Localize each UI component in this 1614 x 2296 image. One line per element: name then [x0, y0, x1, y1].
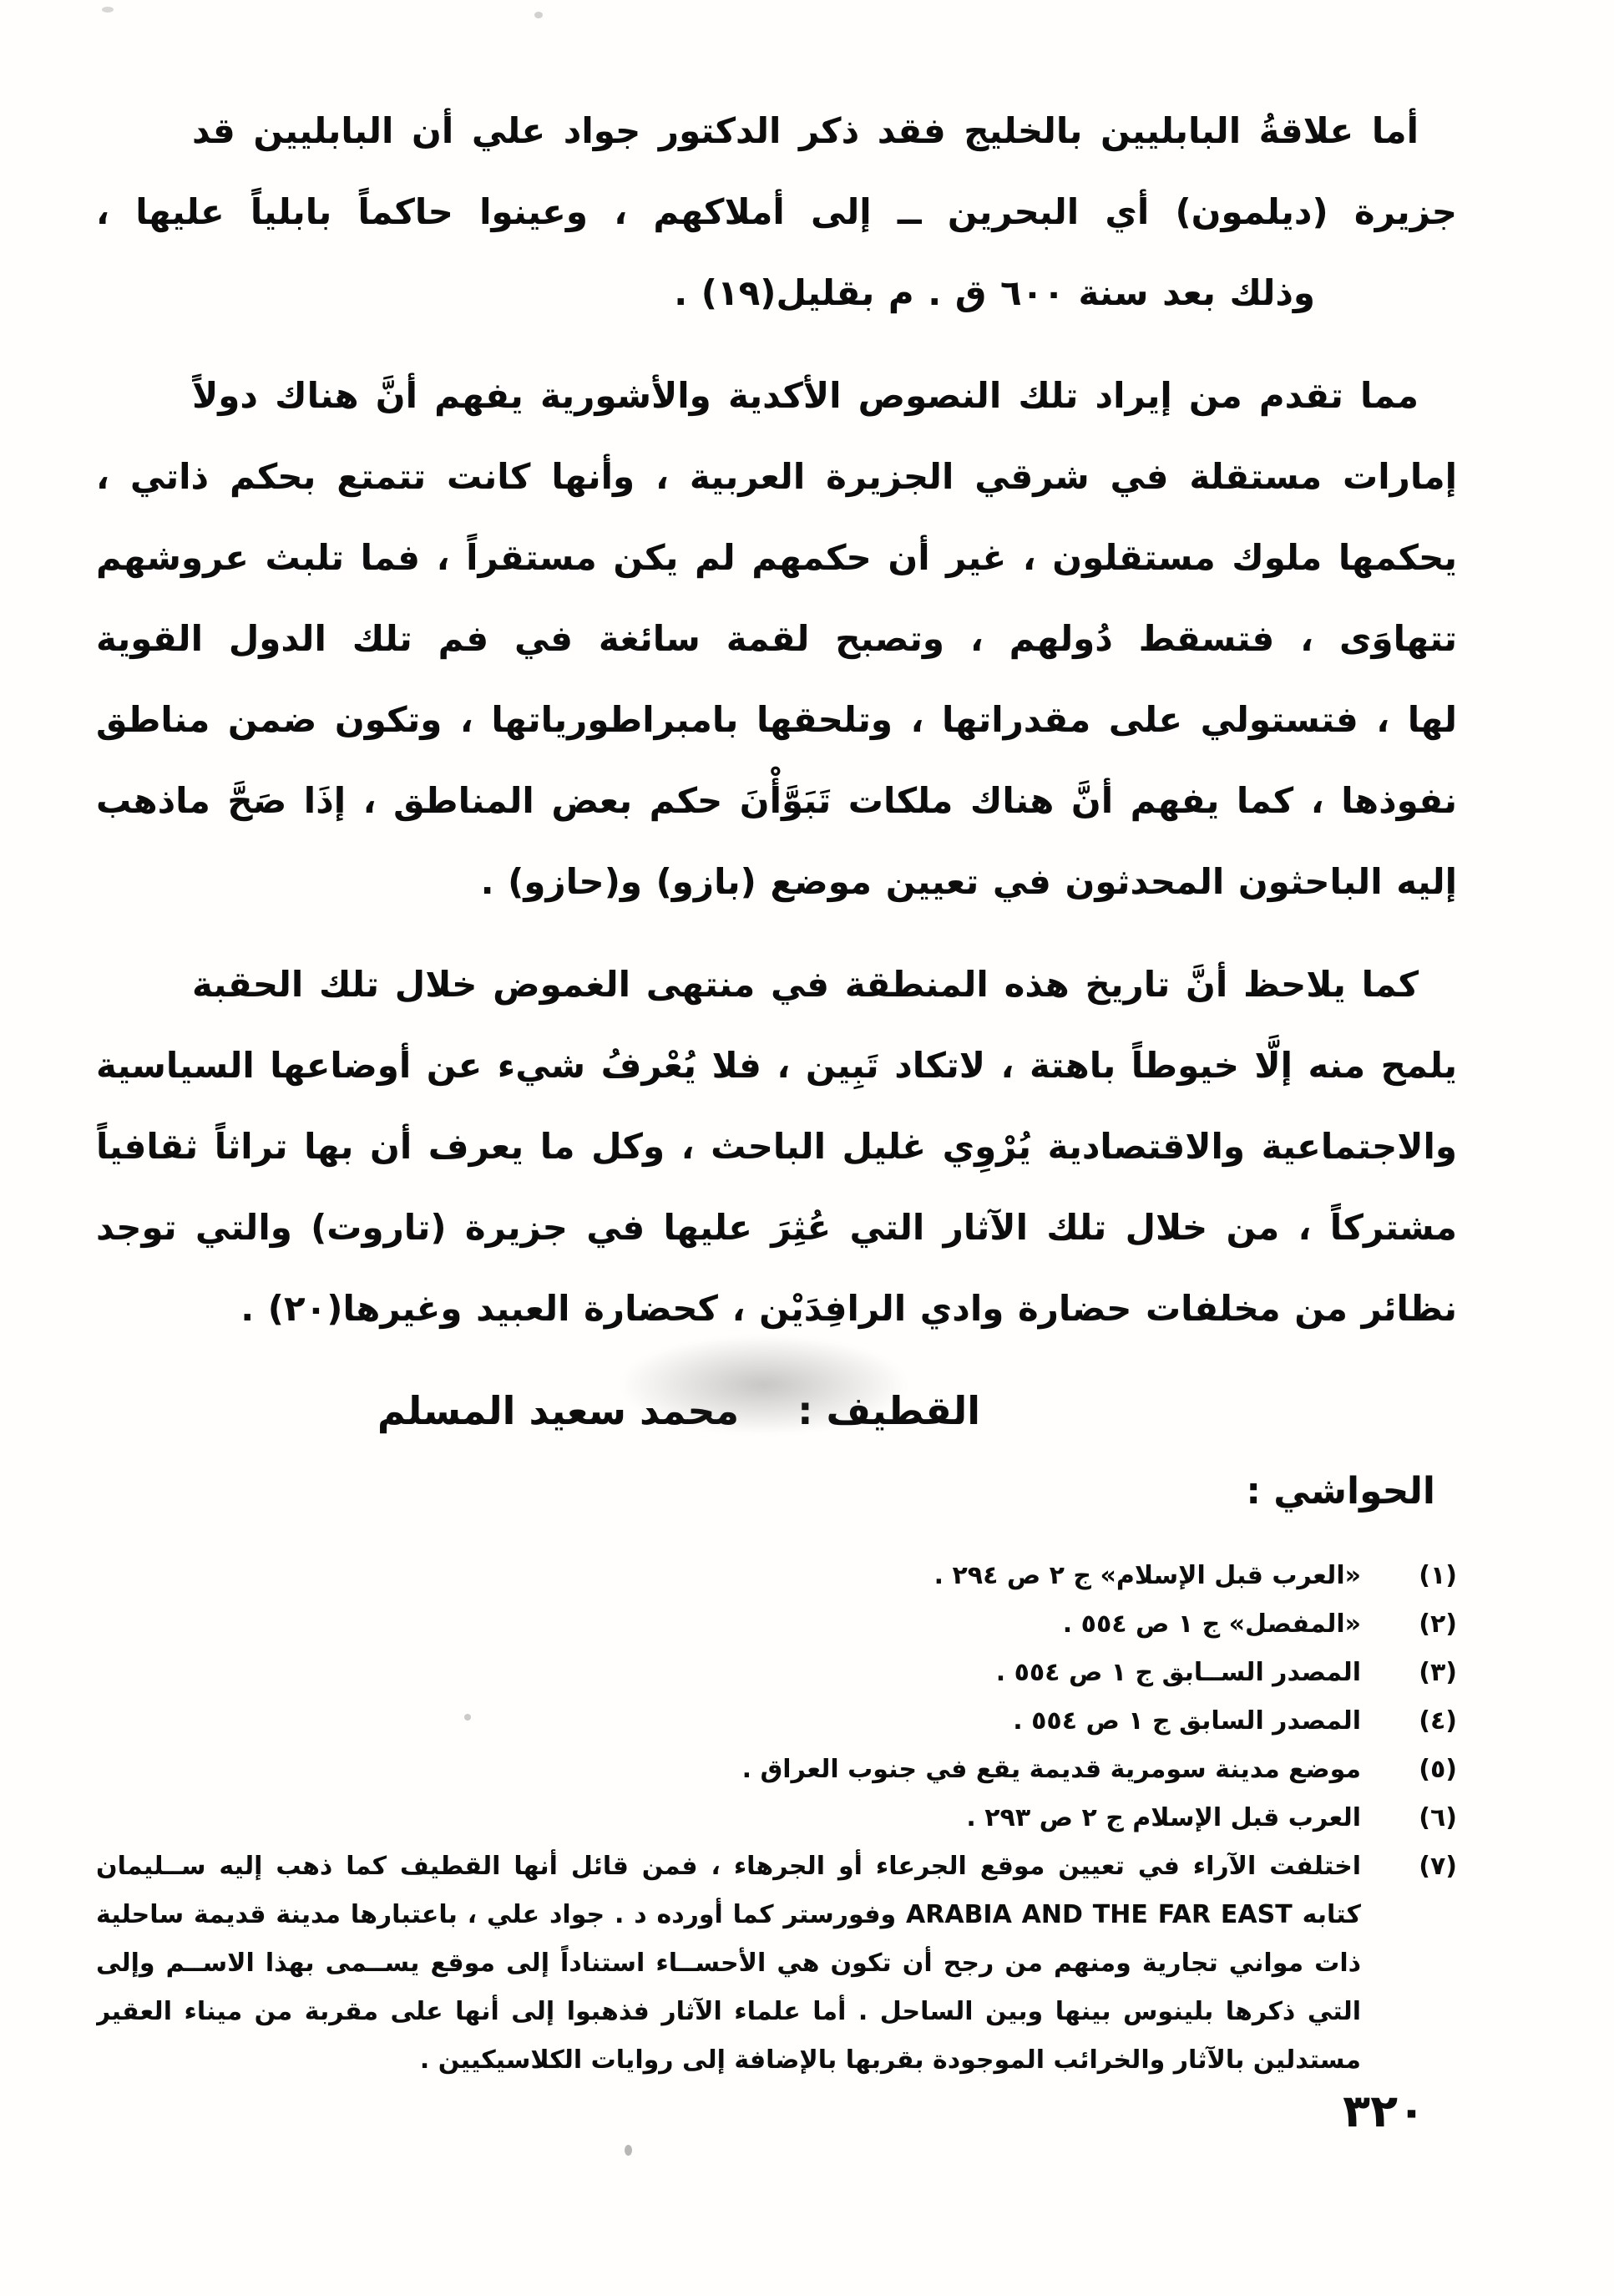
body-line: مشتركاً ، من خلال تلك الآثار التي عُثِرَ… [96, 1187, 1457, 1268]
body-line: إمارات مستقلة في شرقي الجزيرة العربية ، … [96, 436, 1457, 517]
footnote-line: مستدلين بالآثار والخرائب الموجودة بقربها… [96, 2036, 1361, 2085]
footnote-line: كتابه ARABIA AND THE FAR EAST وفورستر كم… [96, 1891, 1361, 1939]
footnote: (٦)العرب قبل الإسلام ج ٢ ص ٢٩٣ . [96, 1794, 1457, 1842]
scan-speck [625, 2145, 632, 2156]
footnote-line: موضع مدينة سومرية قديمة يقع في جنوب العر… [96, 1746, 1361, 1794]
body-line: والاجتماعية والاقتصادية يُرْوِي غليل الب… [96, 1106, 1457, 1187]
body-line: وذلك بعد سنة ٦٠٠ ق . م بقليل(١٩) . [96, 252, 1315, 333]
footnote-line: «العرب قبل الإسلام» ج ٢ ص ٢٩٤ . [96, 1552, 1361, 1600]
footnote: (٥)موضع مدينة سومرية قديمة يقع في جنوب ا… [96, 1746, 1457, 1794]
paragraph: مما تقدم من إيراد تلك النصوص الأكدية وال… [96, 355, 1457, 922]
paragraph: أما علاقةُ البابليين بالخليج فقد ذكر الد… [96, 90, 1457, 333]
footnotes-heading: الحواشي : [96, 1453, 1435, 1530]
article-body: أما علاقةُ البابليين بالخليج فقد ذكر الد… [96, 90, 1457, 2085]
body-line: يلمح منه إلَّا خيوطاً باهتة ، لاتكاد تَب… [96, 1025, 1457, 1106]
footnote: (٣)المصدر الســابق ج ١ ص ٥٥٤ . [96, 1649, 1457, 1697]
footnote: (١)«العرب قبل الإسلام» ج ٢ ص ٢٩٤ . [96, 1552, 1457, 1600]
footnote-number: (٧) [1361, 1842, 1457, 2085]
body-line: يحكمها ملوك مستقلون ، غير أن حكمهم لم يك… [96, 517, 1457, 598]
body-line: جزيرة (ديلمون) أي البحرين ــ إلى أملاكهم… [96, 171, 1457, 252]
footnote-number: (١) [1361, 1552, 1457, 1600]
footnote: (٧)اختلفت الآراء في تعيين موقع الجرعاء أ… [96, 1842, 1457, 2085]
document-page: أما علاقةُ البابليين بالخليج فقد ذكر الد… [0, 0, 1614, 2296]
scan-smudge [618, 1335, 910, 1435]
footnote-line: المصدر الســابق ج ١ ص ٥٥٤ . [96, 1649, 1361, 1697]
body-line: أما علاقةُ البابليين بالخليج فقد ذكر الد… [192, 90, 1457, 171]
page-number: ٣٢٠ [1343, 2085, 1425, 2137]
body-line: مما تقدم من إيراد تلك النصوص الأكدية وال… [192, 355, 1457, 436]
footnote-text: المصدر السابق ج ١ ص ٥٥٤ . [96, 1697, 1361, 1746]
footnote-number: (٦) [1361, 1794, 1457, 1842]
body-line: تتهاوَى ، فتسقط دُولهم ، وتصبح لقمة سائغ… [96, 598, 1457, 679]
footnote-line: المصدر السابق ج ١ ص ٥٥٤ . [96, 1697, 1361, 1746]
footnotes-list: (١)«العرب قبل الإسلام» ج ٢ ص ٢٩٤ .(٢)«ال… [96, 1552, 1457, 2085]
body-line: كما يلاحظ أنَّ تاريخ هذه المنطقة في منته… [192, 944, 1457, 1025]
footnote: (٤)المصدر السابق ج ١ ص ٥٥٤ . [96, 1697, 1457, 1746]
footnote-line: اختلفت الآراء في تعيين موقع الجرعاء أو ا… [96, 1842, 1361, 1891]
footnote-text: «العرب قبل الإسلام» ج ٢ ص ٢٩٤ . [96, 1552, 1361, 1600]
footnote-line: «المفصل» ج ١ ص ٥٥٤ . [96, 1600, 1361, 1649]
footnote-text: المصدر الســابق ج ١ ص ٥٥٤ . [96, 1649, 1361, 1697]
footnote-text: موضع مدينة سومرية قديمة يقع في جنوب العر… [96, 1746, 1361, 1794]
body-line: نفوذها ، كما يفهم أنَّ هناك ملكات تَبَوَ… [96, 760, 1457, 841]
footnote-text: «المفصل» ج ١ ص ٥٥٤ . [96, 1600, 1361, 1649]
footnote-line: التي ذكرها بلينوس بينها وبين الساحل . أم… [96, 1988, 1361, 2036]
footnote-text: اختلفت الآراء في تعيين موقع الجرعاء أو ا… [96, 1842, 1361, 2085]
body-line: لها ، فتستولي على مقدراتها ، وتلحقها بام… [96, 679, 1457, 760]
paragraph: كما يلاحظ أنَّ تاريخ هذه المنطقة في منته… [96, 944, 1457, 1349]
footnote: (٢)«المفصل» ج ١ ص ٥٥٤ . [96, 1600, 1457, 1649]
footnote-number: (٢) [1361, 1600, 1457, 1649]
article-paragraphs: أما علاقةُ البابليين بالخليج فقد ذكر الد… [96, 90, 1457, 1349]
footnote-number: (٥) [1361, 1746, 1457, 1794]
scan-speck [102, 7, 114, 13]
footnote-text: العرب قبل الإسلام ج ٢ ص ٢٩٣ . [96, 1794, 1361, 1842]
footnote-number: (٣) [1361, 1649, 1457, 1697]
scan-speck [464, 1714, 471, 1721]
body-line: إليه الباحثون المحدثون في تعيين موضع (با… [96, 841, 1457, 922]
footnote-line: ذات مواني تجارية ومنهم من رجح أن تكون هي… [96, 1939, 1361, 1988]
footnote-line: العرب قبل الإسلام ج ٢ ص ٢٩٣ . [96, 1794, 1361, 1842]
footnote-number: (٤) [1361, 1697, 1457, 1746]
scan-speck [534, 12, 543, 18]
